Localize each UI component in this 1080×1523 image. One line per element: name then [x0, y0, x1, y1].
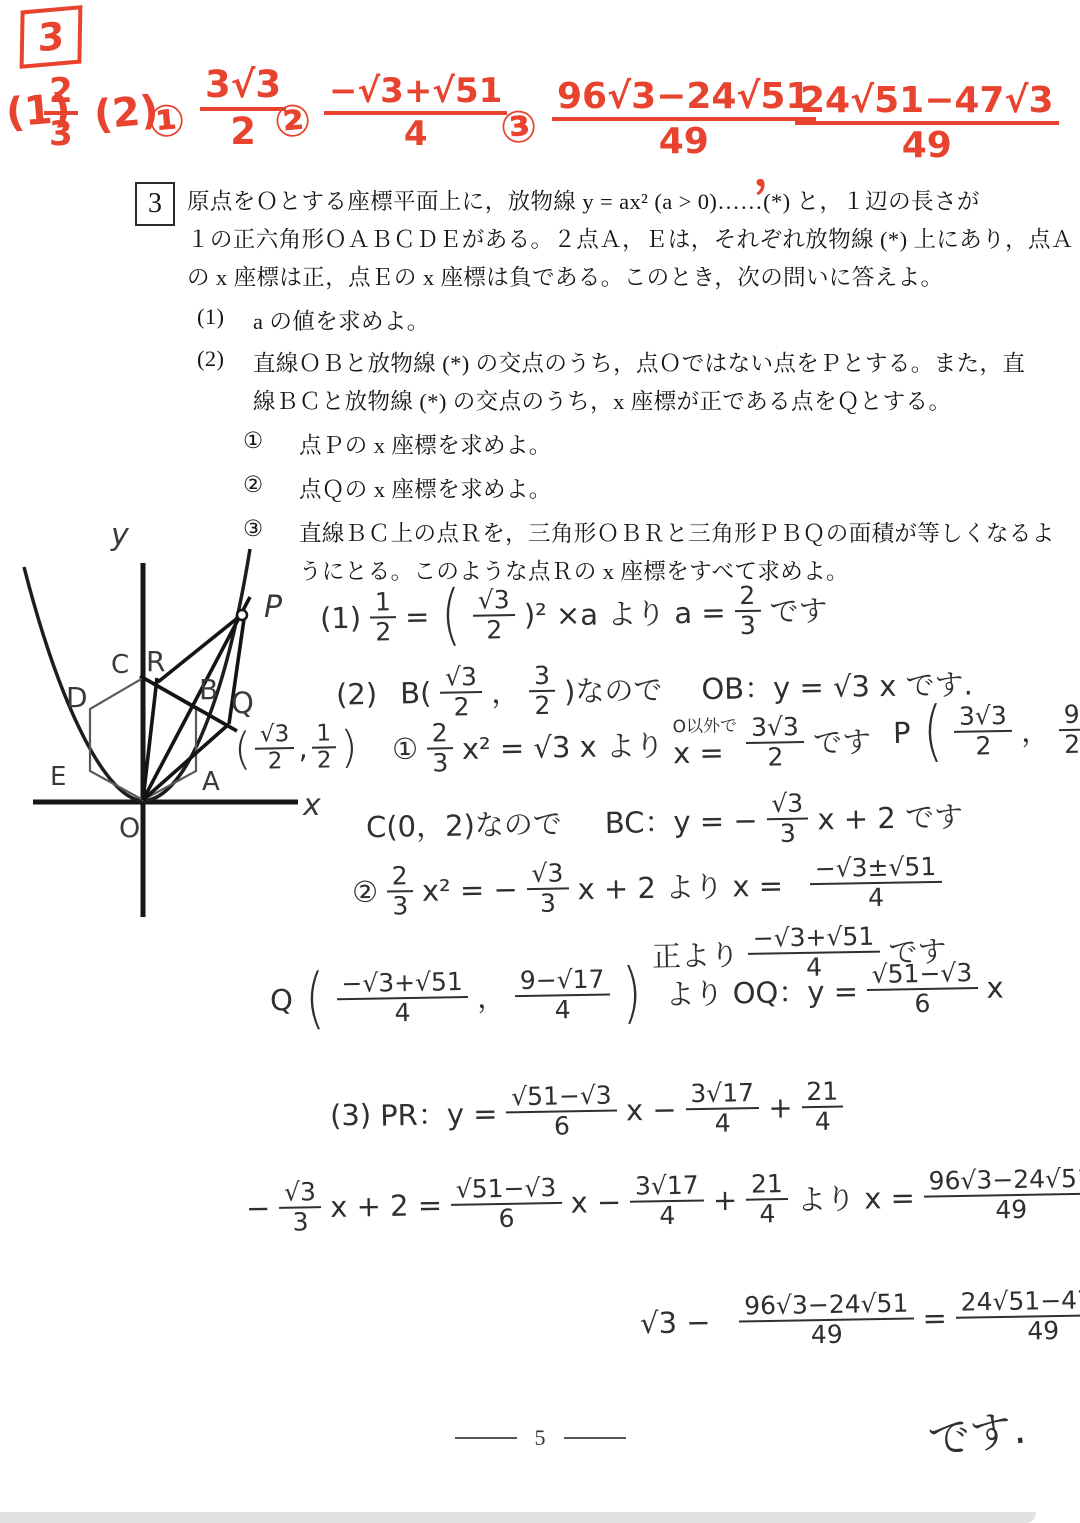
red-c3-fraction-y: 24√51−47√349 — [795, 80, 1059, 167]
statement-line: の x 座標は正，点Ｅの x 座標は負である。このとき，次の問いに答えよ。 — [187, 260, 943, 292]
solution-line-2: (2) B( √32 ， 32 )なので OB：y = √3 x です. — [336, 654, 974, 722]
math-text: PR：y = — [380, 1092, 498, 1135]
fraction: √51−√36 — [866, 959, 978, 1018]
comma: ， — [491, 670, 521, 712]
red-c3-label: ③ — [498, 100, 540, 154]
close-paren: ) — [340, 722, 358, 773]
math-text: x² = √3 x より — [462, 723, 665, 768]
fraction-denominator: 49 — [806, 1320, 848, 1348]
close-paren: ) — [621, 967, 641, 1020]
point-P-dot — [237, 610, 247, 620]
math-text: B( — [400, 675, 432, 710]
fraction-denominator: 3 — [735, 611, 761, 639]
point-A-label: A — [202, 767, 220, 797]
fraction: 92 — [1059, 701, 1080, 758]
fraction: 3√174 — [630, 1171, 705, 1229]
fraction-denominator: 2 — [762, 743, 788, 771]
point-D-label: D — [66, 681, 88, 714]
red-q1-fraction: 23 — [44, 72, 78, 154]
fraction-denominator: 3 — [535, 889, 561, 917]
point-R-label: R — [146, 645, 165, 678]
solution-line-5: ② 23 x² = − √33 x + 2 より x = −√3±√514 — [352, 853, 942, 920]
fraction-numerator: 2 — [387, 862, 413, 892]
fraction-denominator: 49 — [1022, 1316, 1064, 1344]
fraction-numerator: √3 — [279, 1178, 321, 1208]
fraction-denominator: 2 — [370, 618, 396, 646]
fraction: 32 — [529, 662, 556, 719]
fraction-denominator: 2 — [1059, 730, 1080, 758]
subquestion-1-label: ① — [243, 428, 264, 454]
fraction-denominator: 3 — [427, 749, 453, 777]
geometry-figure: y x O D C R B Q E A P — [0, 505, 340, 935]
fraction-denominator: 49 — [654, 121, 714, 162]
fraction-numerator: 9−√17 — [515, 965, 610, 996]
close-paren-squared: )² — [524, 597, 548, 631]
statement-line: １の正六角形ＯＡＢＣＤＥがある。２点Ａ，Ｅは，それぞれ放物線 (*) 上にあり，… — [187, 222, 1074, 254]
fraction: √51−√36 — [506, 1081, 618, 1140]
math-text: − — [246, 1191, 271, 1225]
fraction: 3√32 — [746, 713, 805, 771]
open-paren: ( — [234, 724, 252, 775]
solution-line-7: Q ( −√3+√514 ， 9−√174 ) より OQ：y = √51−√3… — [270, 959, 1005, 1029]
fraction: √33 — [279, 1178, 322, 1236]
fraction: 96√3−24√5149 — [739, 1290, 914, 1350]
subquestion-2-text: 点Ｑの x 座標を求めよ。 — [299, 472, 552, 504]
x-axis-label: x — [302, 788, 321, 823]
math-text: x + 2 より x = — [577, 864, 783, 909]
fraction-numerator: 96√3−24√51 — [739, 1290, 914, 1323]
step-label: (2) — [336, 676, 378, 711]
fraction: 3√174 — [685, 1079, 760, 1137]
solution-line-10: √3 − 96√3−24√5149 = 24√51−47√349 — [640, 1286, 1080, 1352]
fraction-denominator: 4 — [389, 998, 415, 1026]
fraction-denominator: 4 — [754, 1200, 780, 1228]
fraction-numerator: 1 — [370, 588, 396, 618]
red-c2-fraction: −√3+√514 — [324, 72, 507, 154]
fraction-numerator: 3√17 — [685, 1079, 759, 1110]
fraction-denominator: 2 — [263, 749, 288, 775]
fraction: 96√3−24√5149 — [923, 1165, 1080, 1225]
fraction-numerator: 3√3 — [954, 702, 1012, 733]
open-paren: ( — [922, 705, 942, 758]
fraction: √51−√36 — [451, 1174, 563, 1233]
fraction: 23 — [427, 719, 454, 776]
fraction-denominator: 3 — [287, 1208, 313, 1236]
question-1-label: (1) — [197, 304, 224, 330]
fraction-numerator: 24√51−47√3 — [955, 1286, 1080, 1319]
solution-line-9: − √33 x + 2 = √51−√36 x − 3√174 + 214 より… — [246, 1165, 1080, 1237]
fraction-denominator: 3 — [387, 892, 413, 920]
fraction: 214 — [801, 1078, 844, 1136]
page-number: 5 — [535, 1425, 546, 1451]
fraction: √32 — [440, 663, 483, 721]
question-2-label: (2) — [197, 346, 224, 372]
fraction-numerator: √3 — [440, 663, 482, 693]
fraction-numerator: 96√3−24√51 — [923, 1165, 1080, 1198]
fraction-numerator: √3 — [255, 722, 295, 750]
fraction-numerator: 2 — [44, 72, 78, 115]
math-text: x + 2 です — [817, 795, 963, 839]
solution-line-3: ① 23 x² = √3 x より O以外で x = 3√32 です — [392, 712, 872, 777]
point-label: Q — [270, 983, 293, 1017]
math-text: より OQ：y = — [665, 969, 858, 1013]
step-label: (3) — [330, 1097, 372, 1132]
page-bottom-edge — [0, 1512, 1036, 1523]
red-c2-label: ② — [272, 94, 314, 148]
point-label: P — [893, 715, 911, 749]
fraction-denominator: 6 — [493, 1204, 519, 1232]
footer-dash — [455, 1437, 517, 1439]
math-text: より x = — [797, 1176, 916, 1219]
fraction-numerator: 21 — [746, 1170, 788, 1200]
math-text: + — [768, 1090, 793, 1124]
fraction-numerator: 2 — [734, 582, 760, 612]
open-paren: ( — [305, 973, 325, 1026]
question-2-text-line1: 直線ＯＢと放物線 (*) の交点のうち，点Ｏではない点をＰとする。また，直 — [253, 346, 1025, 378]
fraction-numerator: 24√51−47√3 — [795, 80, 1059, 125]
fraction-numerator: 1 — [311, 721, 336, 749]
comma: , — [298, 731, 308, 765]
point-P-coordinates: P ( 3√32 ， 92 ) — [893, 700, 1080, 761]
fraction-denominator: 49 — [990, 1195, 1032, 1223]
fraction-numerator: √3 — [766, 789, 808, 819]
fraction-denominator: 6 — [549, 1112, 575, 1140]
comma: ， — [477, 975, 507, 1017]
step-label: (1) — [320, 600, 362, 635]
point-A-coordinates: ( √32 , 12 ) — [234, 721, 358, 776]
open-paren: ( — [441, 589, 461, 642]
a-x-fraction: √32 — [255, 722, 295, 775]
fraction: √32 — [473, 586, 516, 644]
fraction-denominator: 2 — [970, 732, 996, 760]
fraction-numerator: √51−√3 — [506, 1081, 617, 1112]
fraction-numerator: −√3+√51 — [324, 72, 507, 115]
fraction: 214 — [746, 1170, 789, 1228]
fraction: 23 — [387, 862, 414, 919]
fraction-numerator: √3 — [526, 859, 568, 889]
point-Q-label: Q — [231, 686, 254, 720]
page-footer: 5 — [0, 1425, 1080, 1451]
math-text: x — [986, 970, 1004, 1004]
question-2-text-line2: 線ＢＣと放物線 (*) の交点のうち，x 座標が正である点をＱとする。 — [253, 384, 951, 416]
fraction: 12 — [370, 588, 397, 645]
fraction-denominator: 2 — [529, 691, 555, 719]
fraction-denominator: 49 — [897, 125, 957, 166]
solution-line-8: (3) PR：y = √51−√36 x − 3√174 + 214 — [330, 1078, 844, 1144]
math-text: ×a より a = — [556, 590, 726, 634]
fraction-denominator: 4 — [399, 115, 433, 154]
except-origin-note: O以外で — [673, 718, 738, 736]
subquestion-1-text: 点Ｐの x 座標を求めよ。 — [299, 428, 552, 460]
a-y-fraction: 12 — [311, 721, 337, 774]
fraction: √33 — [526, 859, 569, 917]
math-text: x = — [673, 738, 724, 768]
desu-text: です — [769, 589, 828, 631]
point-C-label: C — [111, 650, 129, 680]
fraction-numerator: 2 — [427, 719, 453, 749]
math-text: )なので — [564, 668, 663, 711]
fraction-numerator: 96√3−24√51 — [552, 76, 816, 121]
fraction: 9−√174 — [515, 965, 611, 1024]
fraction-denominator: 4 — [549, 996, 575, 1024]
fraction-numerator: 21 — [801, 1078, 843, 1108]
fraction-numerator: −√3+√51 — [748, 923, 880, 955]
math-text: + — [713, 1182, 738, 1216]
fraction-denominator: 4 — [810, 1107, 836, 1135]
solution-line-1: (1) 12 = ( √32 )² ×a より a = 23 です — [320, 581, 828, 647]
math-text: x + 2 = — [330, 1188, 442, 1224]
fraction-denominator: 3 — [44, 115, 78, 154]
fraction-denominator: 2 — [481, 616, 507, 644]
subquestion-2-label: ② — [243, 472, 264, 498]
math-text: √3 − — [640, 1305, 711, 1340]
math-text: BC：y = − — [604, 798, 758, 842]
fraction-denominator: 6 — [909, 989, 935, 1017]
fraction: −√3+√514 — [336, 968, 468, 1027]
fraction-denominator: 4 — [710, 1109, 736, 1137]
math-text: = — [922, 1300, 947, 1334]
math-text: = — [405, 599, 430, 633]
desu-text: です — [813, 720, 872, 762]
solution-line-4: C(0，2)なので BC：y = − √33 x + 2 です — [366, 787, 964, 854]
point-E-label: E — [50, 762, 66, 792]
fraction-denominator: 4 — [863, 883, 889, 911]
fraction-numerator: −√3±√51 — [810, 853, 942, 885]
math-text: x − — [570, 1184, 621, 1219]
point-P-label: P — [264, 590, 283, 625]
subquestion-3-text-line1: 直線ＢＣ上の点Ｒを，三角形ＯＢＲと三角形ＰＢＱの面積が等しくなるよ — [299, 516, 1055, 548]
math-text: x² = − — [422, 872, 518, 908]
fraction-numerator: √51−√3 — [866, 959, 977, 990]
problem-number-box: 3 — [135, 182, 175, 226]
fraction: 24√51−47√349 — [955, 1286, 1080, 1346]
problem-number: 3 — [148, 188, 162, 220]
fraction: √33 — [766, 789, 809, 847]
fraction-numerator: 3√3 — [746, 713, 804, 744]
fraction-numerator: −√3+√51 — [336, 968, 468, 1000]
fraction-numerator: √3 — [473, 586, 515, 616]
origin-label: O — [119, 813, 140, 844]
fraction-denominator: 2 — [225, 111, 261, 154]
comma: ， — [1021, 709, 1051, 751]
red-problem-number: 3 — [37, 14, 64, 61]
fraction-denominator: 2 — [448, 693, 474, 721]
fraction-denominator: 4 — [654, 1201, 680, 1229]
fraction: 23 — [734, 582, 761, 639]
y-axis-label: y — [110, 518, 130, 553]
fraction: 3√32 — [954, 702, 1013, 760]
math-text: C(0，2)なので — [366, 802, 562, 846]
math-text: x − — [626, 1092, 677, 1127]
fraction-numerator: 9 — [1059, 701, 1080, 731]
red-c1-label: ① — [146, 94, 188, 148]
fraction-numerator: 3√17 — [630, 1171, 704, 1202]
point-B-label: B — [199, 673, 218, 706]
footer-dash — [564, 1437, 626, 1439]
red-problem-number-box: 3 — [20, 5, 83, 69]
fraction-denominator: 3 — [775, 819, 801, 847]
statement-line: 原点をＯとする座標平面上に，放物線 y = ax² (a > 0)……(*) と… — [187, 184, 980, 216]
step-label: ② — [352, 874, 379, 908]
red-answers-row: (1) 23 (2) ① 3√32 ② −√3+√514 ③ 96√3−24√5… — [0, 70, 1080, 195]
fraction-numerator: √51−√3 — [451, 1174, 562, 1205]
step-label: ① — [392, 731, 419, 765]
fraction-numerator: 3 — [529, 662, 555, 692]
question-1-text: a の値を求めよ。 — [253, 304, 430, 336]
scanned-exam-page: 3 (1) 23 (2) ① 3√32 ② −√3+√514 ③ 96√3−24… — [0, 0, 1080, 1523]
fraction-denominator: 2 — [312, 749, 337, 775]
fraction: −√3±√514 — [810, 853, 942, 912]
annotated-step: O以外で x = — [673, 718, 738, 768]
